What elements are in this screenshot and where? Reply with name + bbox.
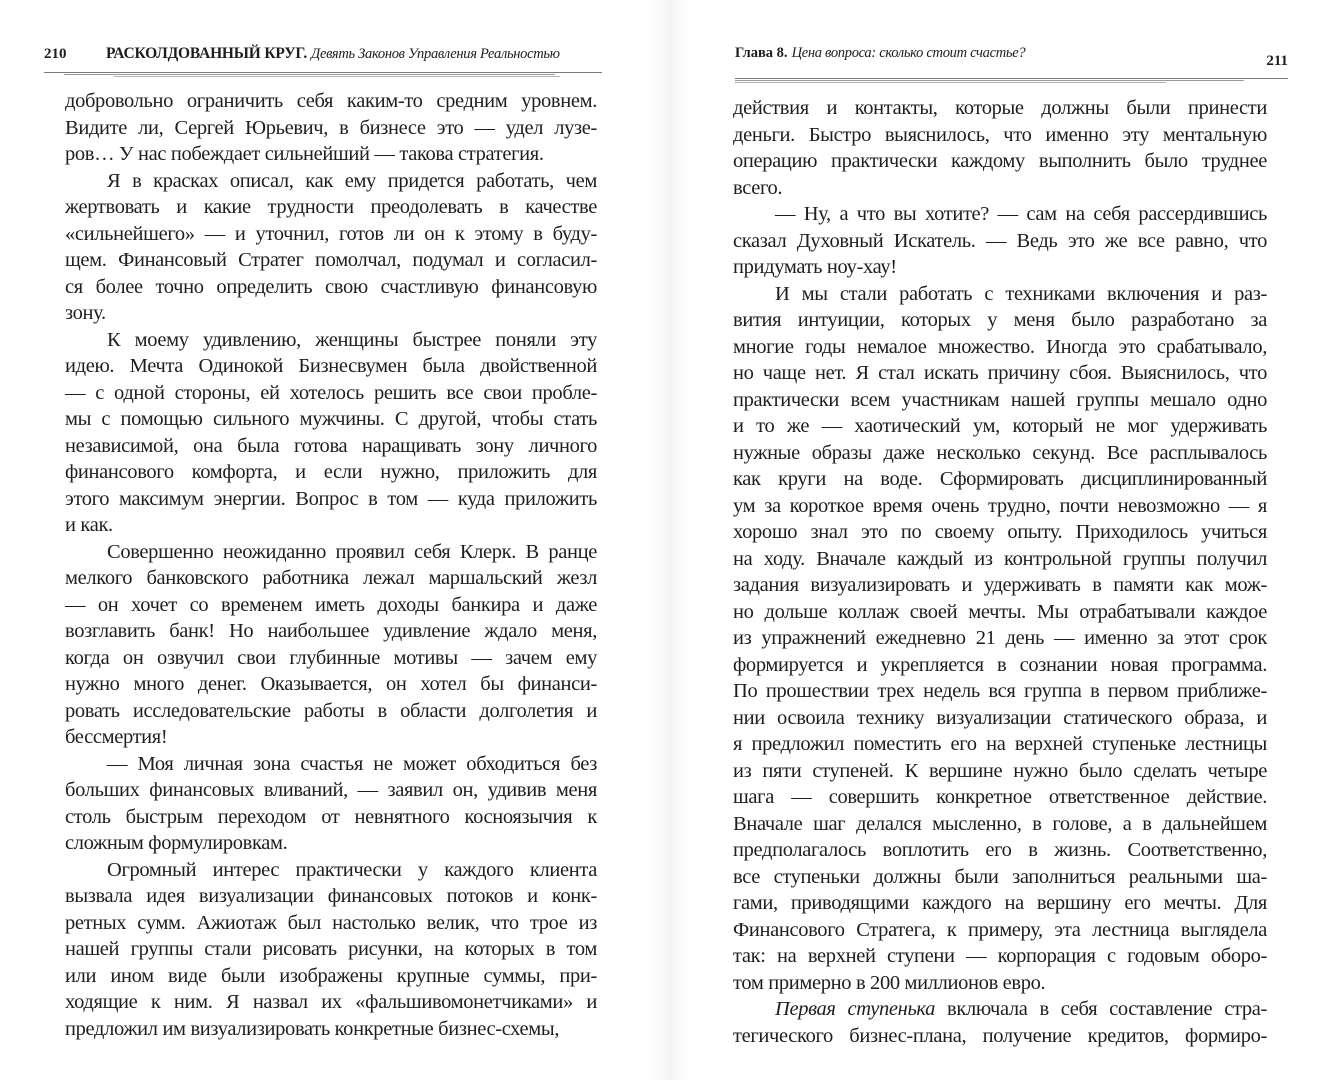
line-text: предполагалось воплотить его в жизнь. Со… — [733, 839, 1267, 861]
text-line: — Моя личная зона счастья не может обход… — [65, 751, 597, 778]
line-text: всего. — [733, 177, 782, 199]
line-text: предложил им визуализировать конкретные … — [65, 1018, 559, 1040]
text-line: этого максимум энергии. Вопрос в том — к… — [65, 486, 597, 513]
line-text: — он хочет со временем иметь доходы банк… — [65, 594, 597, 616]
text-line: сложным формулировкам. — [65, 830, 597, 857]
line-text: «сильнейшего» — и уточнил, готов ли он к… — [65, 223, 597, 245]
line-text: нии освоила технику визуализации статиче… — [733, 707, 1267, 729]
line-text: По прошествии трех недель вся группа в п… — [733, 680, 1267, 702]
book-title: РАСКОЛДОВАННЫЙ КРУГ. — [106, 45, 307, 62]
line-text: ум за короткое время очень трудно, почти… — [733, 495, 1267, 517]
line-text: нашей группы стали рисовать рисунки, на … — [65, 938, 597, 960]
line-text: задания визуализировать и удерживать в п… — [733, 574, 1267, 596]
line-text: Огромный интерес практически у каждого к… — [107, 859, 597, 881]
line-text: бессмертия! — [65, 726, 167, 748]
line-text: мелкого банковского работника лежал марш… — [65, 567, 597, 589]
text-line: Я в красках описал, как ему придется раб… — [65, 168, 597, 195]
text-line: Первая ступенька включала в себя составл… — [733, 996, 1267, 1023]
line-text: этого максимум энергии. Вопрос в том — к… — [65, 488, 597, 510]
text-line: Совершенно неожиданно проявил себя Клерк… — [65, 539, 597, 566]
text-line: сказал Духовный Искатель. — Ведь это же … — [733, 228, 1267, 255]
text-line: задания визуализировать и удерживать в п… — [733, 572, 1267, 599]
text-line: многие годы немалое множество. Иногда эт… — [733, 334, 1267, 361]
page-number: 211 — [1266, 53, 1288, 70]
line-text: ретных сумм. Ажиотаж был настолько велик… — [65, 912, 597, 934]
text-line: вития интуиции, которых у меня было разр… — [733, 307, 1267, 334]
text-line: и то же — хаотический ум, который не мог… — [733, 413, 1267, 440]
text-line: Огромный интерес практически у каждого к… — [65, 857, 597, 884]
text-line: Финансового Стратега, к примеру, эта лес… — [733, 917, 1267, 944]
text-line: — Ну, а что вы хотите? — сам на себя рас… — [733, 201, 1267, 228]
line-text: включала в себя составление стра- — [935, 998, 1267, 1020]
text-line: предполагалось воплотить его в жизнь. Со… — [733, 837, 1267, 864]
line-text: или ином виде были изображены крупные су… — [65, 965, 597, 987]
text-line: ретных сумм. Ажиотаж был настолько велик… — [65, 910, 597, 937]
line-text: из упражнений ежедневно 21 день — именно… — [733, 627, 1267, 649]
header-rule — [735, 78, 1288, 83]
line-text: многие годы немалое множество. Иногда эт… — [733, 336, 1267, 358]
text-line: ся более точно определить свою счастливу… — [65, 274, 597, 301]
text-line: или ином виде были изображены крупные су… — [65, 963, 597, 990]
line-text: мы с помощью сильного мужчины. С другой,… — [65, 408, 597, 430]
text-line: но дольше коллаж своей мечты. Мы отрабат… — [733, 599, 1267, 626]
line-text: жертвовать и какие трудности преодолеват… — [65, 196, 597, 218]
text-line: практически всем участникам нашей группы… — [733, 387, 1267, 414]
line-text: нужно много денег. Оказывается, он хотел… — [65, 673, 597, 695]
line-text: деньги. Быстро выяснилось, что именно эт… — [733, 124, 1267, 146]
text-line: ровать исследовательские работы в област… — [65, 698, 597, 725]
line-text: операцию практически каждому выполнить б… — [733, 150, 1267, 172]
text-line: ум за короткое время очень трудно, почти… — [733, 493, 1267, 520]
text-line: ходящие к ним. Я назвал их «фальшивомоне… — [65, 989, 597, 1016]
text-line: из упражнений ежедневно 21 день — именно… — [733, 625, 1267, 652]
line-text: так: на верхней ступени — корпорация с г… — [733, 945, 1267, 967]
text-line: хорошо знал это по своему опыту. Приходи… — [733, 519, 1267, 546]
italic-emphasis: Первая ступенька — [775, 998, 935, 1020]
chapter-title: Цена вопроса: сколько стоит счастье? — [792, 45, 1026, 61]
text-line: формируется и укрепляется в сознании нов… — [733, 652, 1267, 679]
line-text: — Моя личная зона счастья не может обход… — [107, 753, 597, 775]
text-line: больших финансовых вливаний, — заявил он… — [65, 777, 597, 804]
line-text: но дольше коллаж своей мечты. Мы отрабат… — [733, 601, 1267, 623]
line-text: независимой, она была готова наращивать … — [65, 435, 597, 457]
text-line: когда он озвучил свои глубинные мотивы —… — [65, 645, 597, 672]
line-text: сложным формулировкам. — [65, 832, 287, 854]
text-line: По прошествии трех недель вся группа в п… — [733, 678, 1267, 705]
text-line: Видите ли, Сергей Юрьевич, в бизнесе это… — [65, 115, 597, 142]
text-line: — с одной стороны, ей хотелось решить вс… — [65, 380, 597, 407]
line-text: больших финансовых вливаний, — заявил он… — [65, 779, 597, 801]
text-line: вызвала идея визуализации финансовых пот… — [65, 883, 597, 910]
line-text: сказал Духовный Искатель. — Ведь это же … — [733, 230, 1267, 252]
text-line: независимой, она была готова наращивать … — [65, 433, 597, 460]
line-text: — Ну, а что вы хотите? — сам на себя рас… — [775, 203, 1267, 225]
text-line: возглавить банк! Но наибольшее удивление… — [65, 618, 597, 645]
line-text: практически всем участникам нашей группы… — [733, 389, 1267, 411]
line-text: Я в красках описал, как ему придется раб… — [107, 170, 597, 192]
text-line: как круги на воде. Сформировать дисципли… — [733, 466, 1267, 493]
line-text: возглавить банк! Но наибольшее удивление… — [65, 620, 597, 642]
text-line: гами, приводящими каждого на вершину его… — [733, 890, 1267, 917]
page-number: 210 — [44, 46, 67, 63]
line-text: действия и контакты, которые должны были… — [733, 97, 1267, 119]
line-text: формируется и укрепляется в сознании нов… — [733, 654, 1267, 676]
text-line: так: на верхней ступени — корпорация с г… — [733, 943, 1267, 970]
text-line: зону. — [65, 300, 597, 327]
line-text: гами, приводящими каждого на вершину его… — [733, 892, 1267, 914]
line-text: — с одной стороны, ей хотелось решить вс… — [65, 382, 597, 404]
text-line: деньги. Быстро выяснилось, что именно эт… — [733, 122, 1267, 149]
line-text: и как. — [65, 514, 113, 536]
line-text: добровольно ограничить себя каким-то сре… — [65, 90, 597, 112]
book-subtitle: Девять Законов Управления Реальностью — [311, 46, 560, 62]
text-line: операцию практически каждому выполнить б… — [733, 148, 1267, 175]
line-text: все ступеньки должны были заполниться ре… — [733, 866, 1267, 888]
text-line: финансового комфорта, и если нужно, прил… — [65, 459, 597, 486]
line-text: Видите ли, Сергей Юрьевич, в бизнесе это… — [65, 117, 597, 139]
line-text: шага — совершить конкретное ответственно… — [733, 786, 1267, 808]
text-line: и как. — [65, 512, 597, 539]
line-text: нужные образы даже несколько секунд. Все… — [733, 442, 1267, 464]
line-text: когда он озвучил свои глубинные мотивы —… — [65, 647, 597, 669]
text-line: придумать ноу-хау! — [733, 254, 1267, 281]
text-line: мы с помощью сильного мужчины. С другой,… — [65, 406, 597, 433]
line-text: зону. — [65, 302, 106, 324]
line-text: и то же — хаотический ум, который не мог… — [733, 415, 1267, 437]
text-line: шага — совершить конкретное ответственно… — [733, 784, 1267, 811]
line-text: идею. Мечта Одинокой Бизнесвумен была дв… — [65, 355, 597, 377]
text-line: нии освоила технику визуализации статиче… — [733, 705, 1267, 732]
running-head-right: Глава 8. Цена вопроса: сколько стоит сча… — [735, 44, 1288, 66]
line-text: из пяти ступеней. К вершине нужно было с… — [733, 760, 1267, 782]
text-line: предложил им визуализировать конкретные … — [65, 1016, 597, 1043]
text-line: нужные образы даже несколько секунд. Все… — [733, 440, 1267, 467]
text-line: всего. — [733, 175, 1267, 202]
text-line: тегического бизнес-плана, получение кред… — [733, 1023, 1267, 1050]
text-line: столь быстрым переходом от невнятного ко… — [65, 804, 597, 831]
text-line: том примерно в 200 миллионов евро. — [733, 970, 1267, 997]
line-text: ся более точно определить свою счастливу… — [65, 276, 597, 298]
text-line: идею. Мечта Одинокой Бизнесвумен была дв… — [65, 353, 597, 380]
line-text: но чаще нет. Я стал искать причину сбоя.… — [733, 362, 1267, 384]
line-text: том примерно в 200 миллионов евро. — [733, 972, 1045, 994]
line-text: Совершенно неожиданно проявил себя Клерк… — [107, 541, 597, 563]
page-body-text: действия и контакты, которые должны были… — [733, 95, 1267, 1049]
text-line: К моему удивлению, женщины быстрее понял… — [65, 327, 597, 354]
chapter-label: Глава 8. — [735, 45, 788, 61]
line-text: финансового комфорта, и если нужно, прил… — [65, 461, 597, 483]
line-text: хорошо знал это по своему опыту. Приходи… — [733, 521, 1267, 543]
text-line: мелкого банковского работника лежал марш… — [65, 565, 597, 592]
line-text: вызвала идея визуализации финансовых пот… — [65, 885, 597, 907]
right-page: Глава 8. Цена вопроса: сколько стоит сча… — [680, 0, 1341, 1080]
running-head-text: РАСКОЛДОВАННЫЙ КРУГ. Девять Законов Упра… — [106, 45, 560, 63]
text-line: действия и контакты, которые должны были… — [733, 95, 1267, 122]
line-text: ходящие к ним. Я назвал их «фальшивомоне… — [65, 991, 597, 1013]
text-line: все ступеньки должны были заполниться ре… — [733, 864, 1267, 891]
line-text: вития интуиции, которых у меня было разр… — [733, 309, 1267, 331]
text-line: я предложил поместить его на верхней сту… — [733, 731, 1267, 758]
line-text: столь быстрым переходом от невнятного ко… — [65, 806, 597, 828]
text-line: добровольно ограничить себя каким-то сре… — [65, 88, 597, 115]
text-line: на ходу. Вначале каждый из контрольной г… — [733, 546, 1267, 573]
text-line: из пяти ступеней. К вершине нужно было с… — [733, 758, 1267, 785]
line-text: К моему удивлению, женщины быстрее понял… — [107, 329, 597, 351]
text-line: жертвовать и какие трудности преодолеват… — [65, 194, 597, 221]
text-line: щем. Финансовый Стратег помолчал, подума… — [65, 247, 597, 274]
line-text: Финансового Стратега, к примеру, эта лес… — [733, 919, 1267, 941]
running-head-text: Глава 8. Цена вопроса: сколько стоит сча… — [735, 44, 1025, 62]
line-text: я предложил поместить его на верхней сту… — [733, 733, 1267, 755]
line-text: ровать исследовательские работы в област… — [65, 700, 597, 722]
line-text: Вначале шаг делался мысленно, в голове, … — [733, 813, 1267, 835]
line-text: тегического бизнес-плана, получение кред… — [733, 1025, 1267, 1047]
text-line: но чаще нет. Я стал искать причину сбоя.… — [733, 360, 1267, 387]
left-page: 210 РАСКОЛДОВАННЫЙ КРУГ. Девять Законов … — [0, 0, 660, 1080]
line-text: И мы стали работать с техниками включени… — [775, 283, 1267, 305]
text-line: Вначале шаг делался мысленно, в голове, … — [733, 811, 1267, 838]
line-text: ров… У нас побеждает сильнейший — такова… — [65, 143, 544, 165]
text-line: «сильнейшего» — и уточнил, готов ли он к… — [65, 221, 597, 248]
line-text: щем. Финансовый Стратег помолчал, подума… — [65, 249, 597, 271]
line-text: как круги на воде. Сформировать дисципли… — [733, 468, 1267, 490]
text-line: ров… У нас побеждает сильнейший — такова… — [65, 141, 597, 168]
header-rule — [44, 72, 602, 77]
text-line: нужно много денег. Оказывается, он хотел… — [65, 671, 597, 698]
line-text: на ходу. Вначале каждый из контрольной г… — [733, 548, 1267, 570]
text-line: нашей группы стали рисовать рисунки, на … — [65, 936, 597, 963]
text-line: И мы стали работать с техниками включени… — [733, 281, 1267, 308]
line-text: придумать ноу-хау! — [733, 256, 897, 278]
text-line: бессмертия! — [65, 724, 597, 751]
page-body-text: добровольно ограничить себя каким-то сре… — [65, 88, 597, 1042]
running-head-left: 210 РАСКОЛДОВАННЫЙ КРУГ. Девять Законов … — [44, 44, 600, 66]
text-line: — он хочет со временем иметь доходы банк… — [65, 592, 597, 619]
